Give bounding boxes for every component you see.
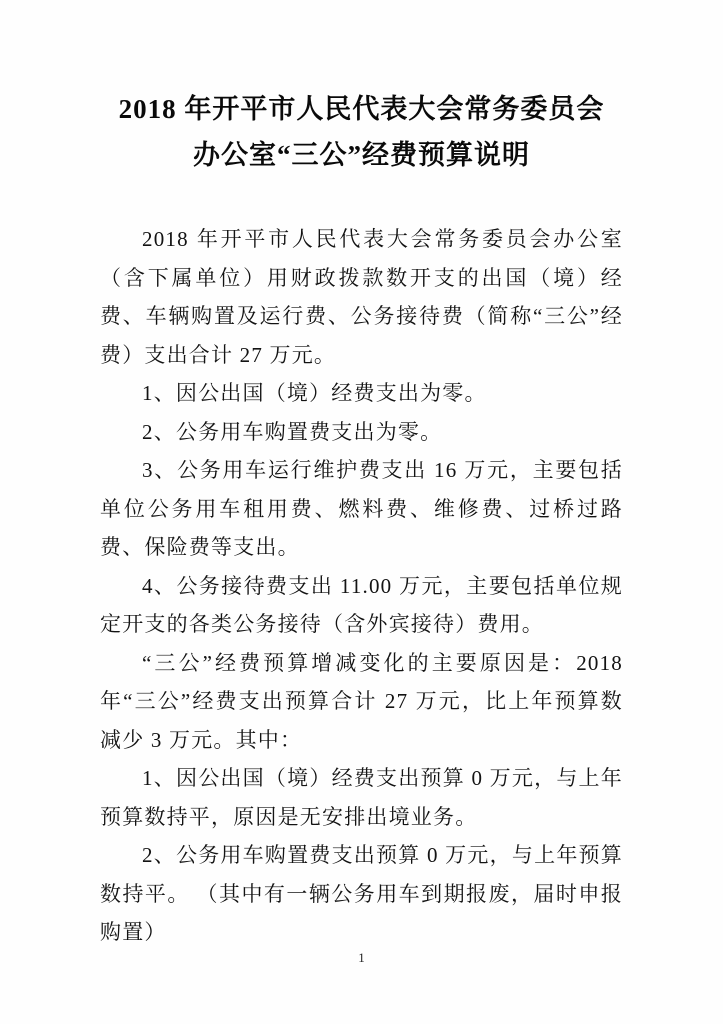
paragraph-budget-item-2: 2、公务用车购置费支出预算 0 万元，与上年预算数持平。 （其中有一辆公务用车到… [100, 836, 623, 952]
paragraph-budget-item-1: 1、因公出国（境）经费支出预算 0 万元，与上年预算数持平，原因是无安排出境业务… [100, 759, 623, 836]
document-page: 2018 年开平市人民代表大会常务委员会 办公室“三公”经费预算说明 2018 … [0, 0, 723, 1024]
paragraph-intro: 2018 年开平市人民代表大会常务委员会办公室（含下属单位）用财政拨款数开支的出… [100, 220, 623, 374]
document-body: 2018 年开平市人民代表大会常务委员会办公室（含下属单位）用财政拨款数开支的出… [100, 220, 623, 952]
paragraph-change-reason: “三公”经费预算增减变化的主要原因是：2018 年“三公”经费支出预算合计 27… [100, 644, 623, 760]
document-title-line-2: 办公室“三公”经费预算说明 [0, 132, 723, 178]
paragraph-item-1: 1、因公出国（境）经费支出为零。 [100, 374, 623, 413]
document-title-line-1: 2018 年开平市人民代表大会常务委员会 [0, 86, 723, 132]
document-title: 2018 年开平市人民代表大会常务委员会 办公室“三公”经费预算说明 [0, 86, 723, 178]
paragraph-item-3: 3、公务用车运行维护费支出 16 万元，主要包括单位公务用车租用费、燃料费、维修… [100, 451, 623, 567]
paragraph-item-2: 2、公务用车购置费支出为零。 [100, 413, 623, 452]
page-number: 1 [0, 950, 723, 966]
paragraph-item-4: 4、公务接待费支出 11.00 万元，主要包括单位规定开支的各类公务接待（含外宾… [100, 567, 623, 644]
